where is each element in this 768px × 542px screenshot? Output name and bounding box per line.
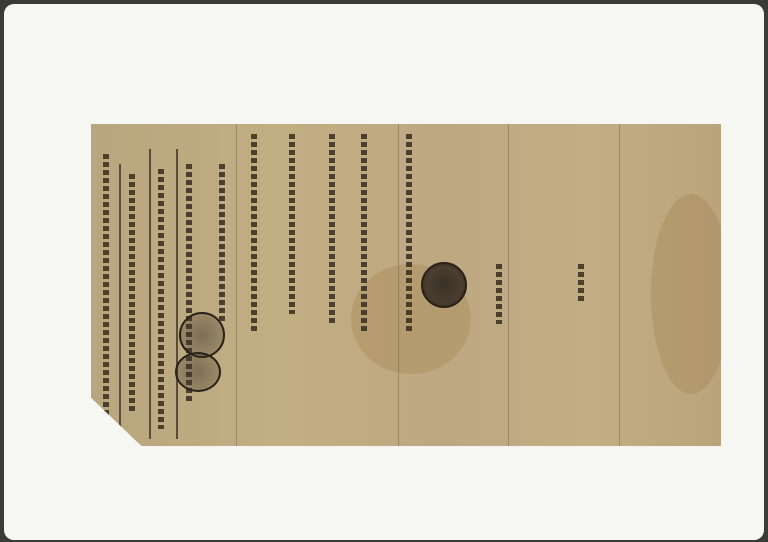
fold-line: [398, 124, 399, 446]
text-column: [406, 134, 412, 334]
text-column: [103, 154, 109, 424]
fold-line: [508, 124, 509, 446]
text-column: [129, 174, 135, 414]
rule-line: [119, 164, 121, 434]
stain: [651, 194, 731, 394]
seal-stamp: [179, 312, 225, 358]
fold-line: [619, 124, 620, 446]
text-column: [578, 264, 584, 304]
seal-stamp: [175, 352, 221, 392]
rule-line: [176, 149, 178, 439]
text-column: [496, 264, 502, 324]
rule-line: [149, 149, 151, 439]
text-column: [251, 134, 257, 334]
seal-stamp: [421, 262, 467, 308]
text-column: [361, 134, 367, 334]
scan-mount: [4, 4, 764, 540]
manuscript-sheet: [91, 124, 721, 446]
text-column: [329, 134, 335, 324]
fold-line: [236, 124, 237, 446]
text-column: [219, 164, 225, 324]
text-column: [289, 134, 295, 314]
text-column: [158, 169, 164, 429]
